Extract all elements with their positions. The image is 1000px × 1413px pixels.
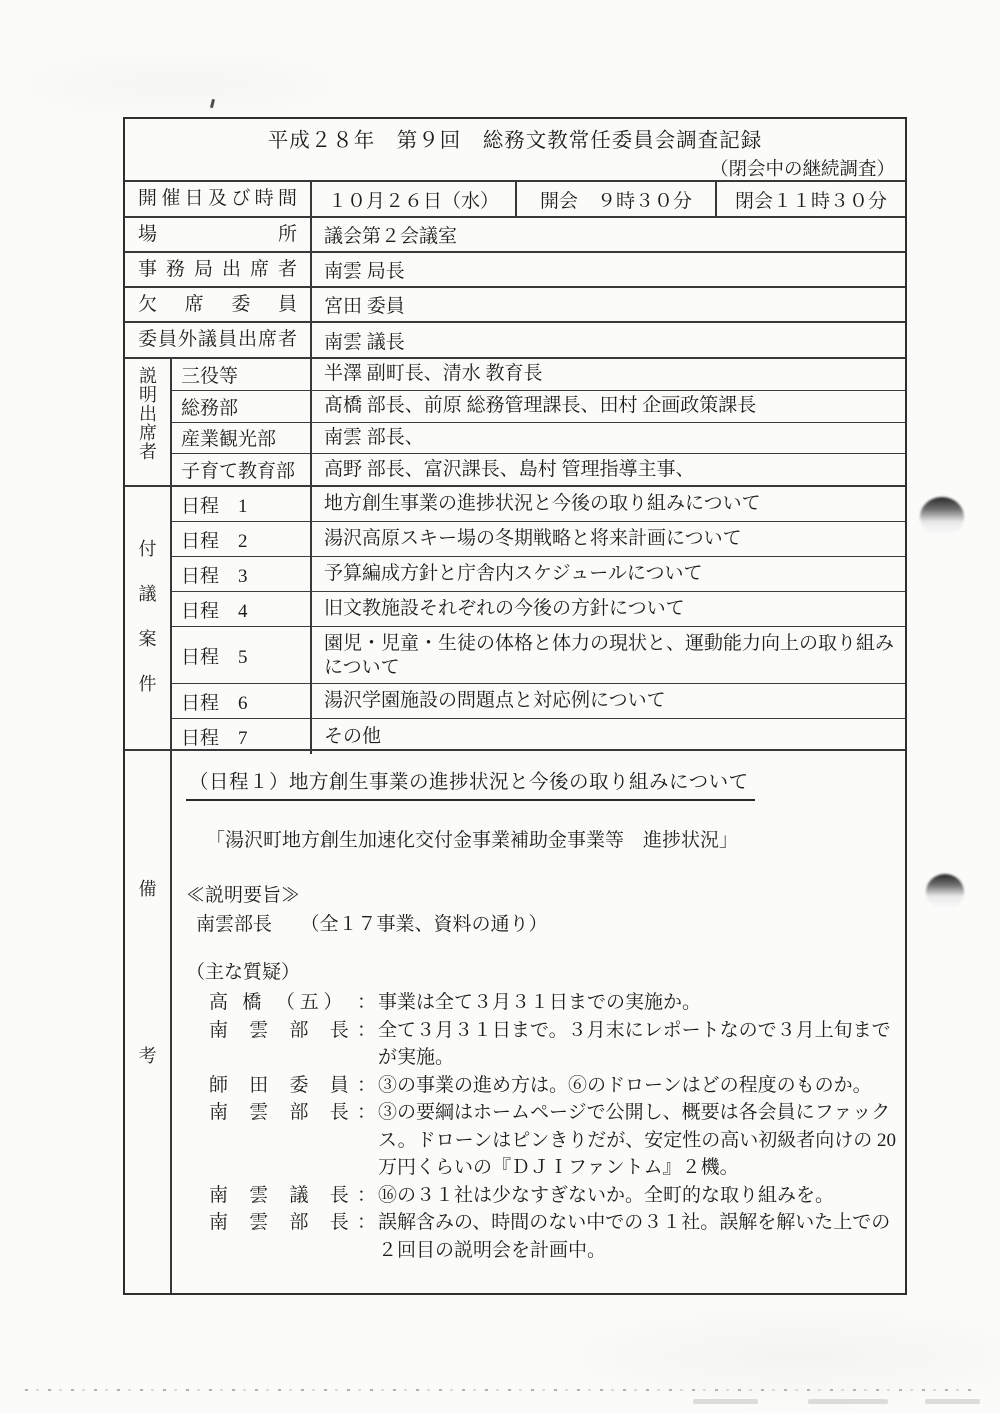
table-row: 日程 3 予算編成方針と庁舎内スケジュールについて bbox=[172, 557, 905, 592]
agenda-item-value: 旧文教施設それぞれの今後の方針について bbox=[312, 592, 905, 626]
punch-hole-artifact bbox=[926, 874, 964, 910]
section-label-char: 者 bbox=[139, 443, 156, 462]
dialogue-speaker: 高 橋 （五） ： bbox=[209, 989, 376, 1017]
section-label-char: 備 bbox=[139, 879, 157, 899]
absent-members-value: 宮田 委員 bbox=[312, 288, 905, 321]
agenda-item-label: 日程 1 bbox=[172, 487, 312, 521]
section-label-char: 付 bbox=[139, 539, 157, 559]
section-label-char: 出 bbox=[139, 405, 156, 424]
dialogue-line: 南 雲 部 長： ③の要綱はホームページで公開し、概要は各会員にファックス。ドロ… bbox=[185, 1099, 901, 1182]
schedule-row: 開催日及び時間 １０月２６日（水） 開会 ９時３０分 閉会１１時３０分 bbox=[125, 182, 905, 218]
schedule-date: １０月２６日（水） bbox=[312, 182, 517, 216]
remarks-section: 備 考 （日程１）地方創生事業の進捗状況と今後の取り組みについて 「湯沢町地方創… bbox=[125, 751, 905, 1293]
attendee-group-label: 三役等 bbox=[172, 359, 312, 390]
place-label: 場所 bbox=[125, 218, 312, 251]
dialogue-line: 南 雲 部 長： 誤解含みの、時間のない中での３１社。誤解を解いた上での２回目の… bbox=[185, 1209, 901, 1264]
non-member-attendees-row: 委員外議員出席者 南雲 議長 bbox=[125, 323, 905, 359]
dialogue-text: 事業は全て３月３１日までの実施か。 bbox=[376, 989, 901, 1017]
agenda-item-value: その他 bbox=[312, 719, 905, 754]
agenda-rows: 日程 1 地方創生事業の進捗状況と今後の取り組みについて 日程 2 湯沢高原スキ… bbox=[172, 487, 905, 749]
dialogue-speaker: 南 雲 議 長： bbox=[209, 1182, 376, 1210]
section-label-char: 席 bbox=[139, 424, 156, 443]
dialogue-line: 師 田 委 員： ③の事業の進め方は。⑥のドローンはどの程度のものか。 bbox=[185, 1072, 901, 1100]
attendee-group-value: 高野 部長、富沢課長、島村 管理指導主事、 bbox=[312, 454, 905, 485]
agenda-item-value: 園児・児童・生徒の体格と体力の現状と、運動能力向上の取り組みについて bbox=[312, 627, 905, 683]
section-label-char: 議 bbox=[139, 584, 157, 604]
agenda-item-value: 湯沢学園施設の問題点と対応例について bbox=[312, 684, 905, 718]
remarks-section-label: 備 考 bbox=[125, 751, 172, 1293]
section-label-char: 件 bbox=[139, 674, 157, 694]
attendee-group-label: 産業観光部 bbox=[172, 423, 312, 454]
attendee-group-value: 髙橋 部長、前原 総務管理課長、田村 企画政策課長 bbox=[312, 391, 905, 422]
secretariat-value: 南雲 局長 bbox=[312, 253, 905, 286]
schedule-open-time: 開会 ９時３０分 bbox=[517, 182, 717, 216]
table-row: 日程 7 その他 bbox=[172, 719, 905, 754]
table-row: 総務部 髙橋 部長、前原 総務管理課長、田村 企画政策課長 bbox=[172, 391, 905, 423]
agenda-item-label: 日程 7 bbox=[172, 719, 312, 754]
scan-speck-artifact bbox=[210, 99, 215, 108]
dialogue-line: 南 雲 部 長： 全て３月３１日まで。３月末にレポートなので３月上旬までが実施。 bbox=[185, 1017, 901, 1072]
table-row: 日程 4 旧文教施設それぞれの今後の方針について bbox=[172, 592, 905, 627]
attendee-group-label: 子育て教育部 bbox=[172, 454, 312, 485]
scan-smudge-artifact bbox=[693, 1399, 758, 1404]
agenda-item-label: 日程 3 bbox=[172, 557, 312, 591]
agenda-section-label: 付 議 案 件 bbox=[125, 487, 172, 749]
non-member-attendees-value: 南雲 議長 bbox=[312, 323, 905, 357]
dialogue-line: 南 雲 議 長： ⑯の３１社は少なすぎないか。全町的な取り組みを。 bbox=[185, 1182, 901, 1210]
table-row: 日程 2 湯沢高原スキー場の冬期戦略と将来計画について bbox=[172, 522, 905, 557]
agenda-item-label: 日程 4 bbox=[172, 592, 312, 626]
place-row: 場所 議会第２会議室 bbox=[125, 218, 905, 253]
table-row: 日程 1 地方創生事業の進捗状況と今後の取り組みについて bbox=[172, 487, 905, 522]
attendee-group-value: 半澤 副町長、清水 教育長 bbox=[312, 359, 905, 390]
document-title: 平成２８年 第９回 総務文教常任委員会調査記録 bbox=[125, 119, 905, 153]
explaining-attendees-section: 説 明 出 席 者 三役等 半澤 副町長、清水 教育長 総務部 髙橋 部長、前原… bbox=[125, 359, 905, 487]
dialogue-speaker: 南 雲 部 長： bbox=[209, 1017, 376, 1072]
agenda-item-value: 予算編成方針と庁舎内スケジュールについて bbox=[312, 557, 905, 591]
place-value: 議会第２会議室 bbox=[312, 218, 905, 251]
table-row: 日程 6 湯沢学園施設の問題点と対応例について bbox=[172, 684, 905, 719]
scan-smudge-artifact bbox=[925, 1399, 980, 1404]
agenda-item-label: 日程 5 bbox=[172, 627, 312, 683]
dialogue-speaker: 師 田 委 員： bbox=[209, 1072, 376, 1100]
agenda-items-section: 付 議 案 件 日程 1 地方創生事業の進捗状況と今後の取り組みについて 日程 … bbox=[125, 487, 905, 751]
dialogue-text: 誤解含みの、時間のない中での３１社。誤解を解いた上での２回目の説明会を計画中。 bbox=[376, 1209, 901, 1264]
qa-dialogue: 高 橋 （五） ： 事業は全て３月３１日までの実施か。 南 雲 部 長： 全て３… bbox=[185, 989, 901, 1264]
agenda-item-label: 日程 2 bbox=[172, 522, 312, 556]
dialogue-text: 全て３月３１日まで。３月末にレポートなので３月上旬までが実施。 bbox=[376, 1017, 901, 1072]
table-row: 三役等 半澤 副町長、清水 教育長 bbox=[172, 359, 905, 391]
summary-label: ≪説明要旨≫ bbox=[186, 883, 901, 909]
secretariat-label: 事務局出席者 bbox=[125, 253, 312, 286]
table-row: 日程 5 園児・児童・生徒の体格と体力の現状と、運動能力向上の取り組みについて bbox=[172, 627, 905, 684]
meeting-record-table: 平成２８年 第９回 総務文教常任委員会調査記録 （閉会中の継続調査） 開催日及び… bbox=[123, 117, 907, 1295]
remarks-quote: 「湯沢町地方創生加速化交付金事業補助金事業等 進捗状況」 bbox=[206, 828, 901, 854]
document-subtitle: （閉会中の継続調査） bbox=[125, 155, 905, 181]
remarks-heading: （日程１）地方創生事業の進捗状況と今後の取り組みについて bbox=[186, 770, 755, 801]
agenda-item-value: 地方創生事業の進捗状況と今後の取り組みについて bbox=[312, 487, 905, 521]
scan-smudge-artifact bbox=[808, 1399, 888, 1404]
scanner-noise-line bbox=[25, 1389, 975, 1391]
absent-members-row: 欠席委員 宮田 委員 bbox=[125, 288, 905, 323]
table-row: 産業観光部 南雲 部長、 bbox=[172, 423, 905, 455]
table-row: 子育て教育部 高野 部長、富沢課長、島村 管理指導主事、 bbox=[172, 454, 905, 485]
section-label-char: 明 bbox=[139, 386, 156, 405]
punch-hole-artifact bbox=[920, 497, 964, 537]
dialogue-speaker: 南 雲 部 長： bbox=[209, 1209, 376, 1264]
qa-label: （主な質疑） bbox=[186, 960, 901, 986]
dialogue-text: ⑯の３１社は少なすぎないか。全町的な取り組みを。 bbox=[376, 1182, 901, 1210]
summary-line: 南雲部長 （全１７事業、資料の通り） bbox=[196, 912, 901, 938]
title-row: 平成２８年 第９回 総務文教常任委員会調査記録 （閉会中の継続調査） bbox=[125, 119, 905, 182]
schedule-close-time: 閉会１１時３０分 bbox=[717, 182, 905, 216]
dialogue-line: 高 橋 （五） ： 事業は全て３月３１日までの実施か。 bbox=[185, 989, 901, 1017]
section-label-char: 考 bbox=[139, 1046, 157, 1066]
section-label-char: 説 bbox=[139, 367, 156, 386]
explaining-attendees-section-label: 説 明 出 席 者 bbox=[125, 359, 172, 485]
non-member-attendees-label: 委員外議員出席者 bbox=[125, 323, 312, 357]
dialogue-text: ③の要綱はホームページで公開し、概要は各会員にファックス。ドローンはピンきりだが… bbox=[376, 1099, 901, 1182]
agenda-item-value: 湯沢高原スキー場の冬期戦略と将来計画について bbox=[312, 522, 905, 556]
attendee-group-label: 総務部 bbox=[172, 391, 312, 422]
absent-members-label: 欠席委員 bbox=[125, 288, 312, 321]
section-label-char: 案 bbox=[139, 629, 157, 649]
agenda-item-label: 日程 6 bbox=[172, 684, 312, 718]
dialogue-text: ③の事業の進め方は。⑥のドローンはどの程度のものか。 bbox=[376, 1072, 901, 1100]
explaining-attendees-rows: 三役等 半澤 副町長、清水 教育長 総務部 髙橋 部長、前原 総務管理課長、田村… bbox=[172, 359, 905, 485]
dialogue-speaker: 南 雲 部 長： bbox=[209, 1099, 376, 1182]
scanned-document-page: 平成２８年 第９回 総務文教常任委員会調査記録 （閉会中の継続調査） 開催日及び… bbox=[0, 0, 1000, 1413]
schedule-label: 開催日及び時間 bbox=[125, 182, 312, 216]
remarks-content: （日程１）地方創生事業の進捗状況と今後の取り組みについて 「湯沢町地方創生加速化… bbox=[172, 751, 905, 1293]
secretariat-row: 事務局出席者 南雲 局長 bbox=[125, 253, 905, 288]
attendee-group-value: 南雲 部長、 bbox=[312, 423, 905, 454]
